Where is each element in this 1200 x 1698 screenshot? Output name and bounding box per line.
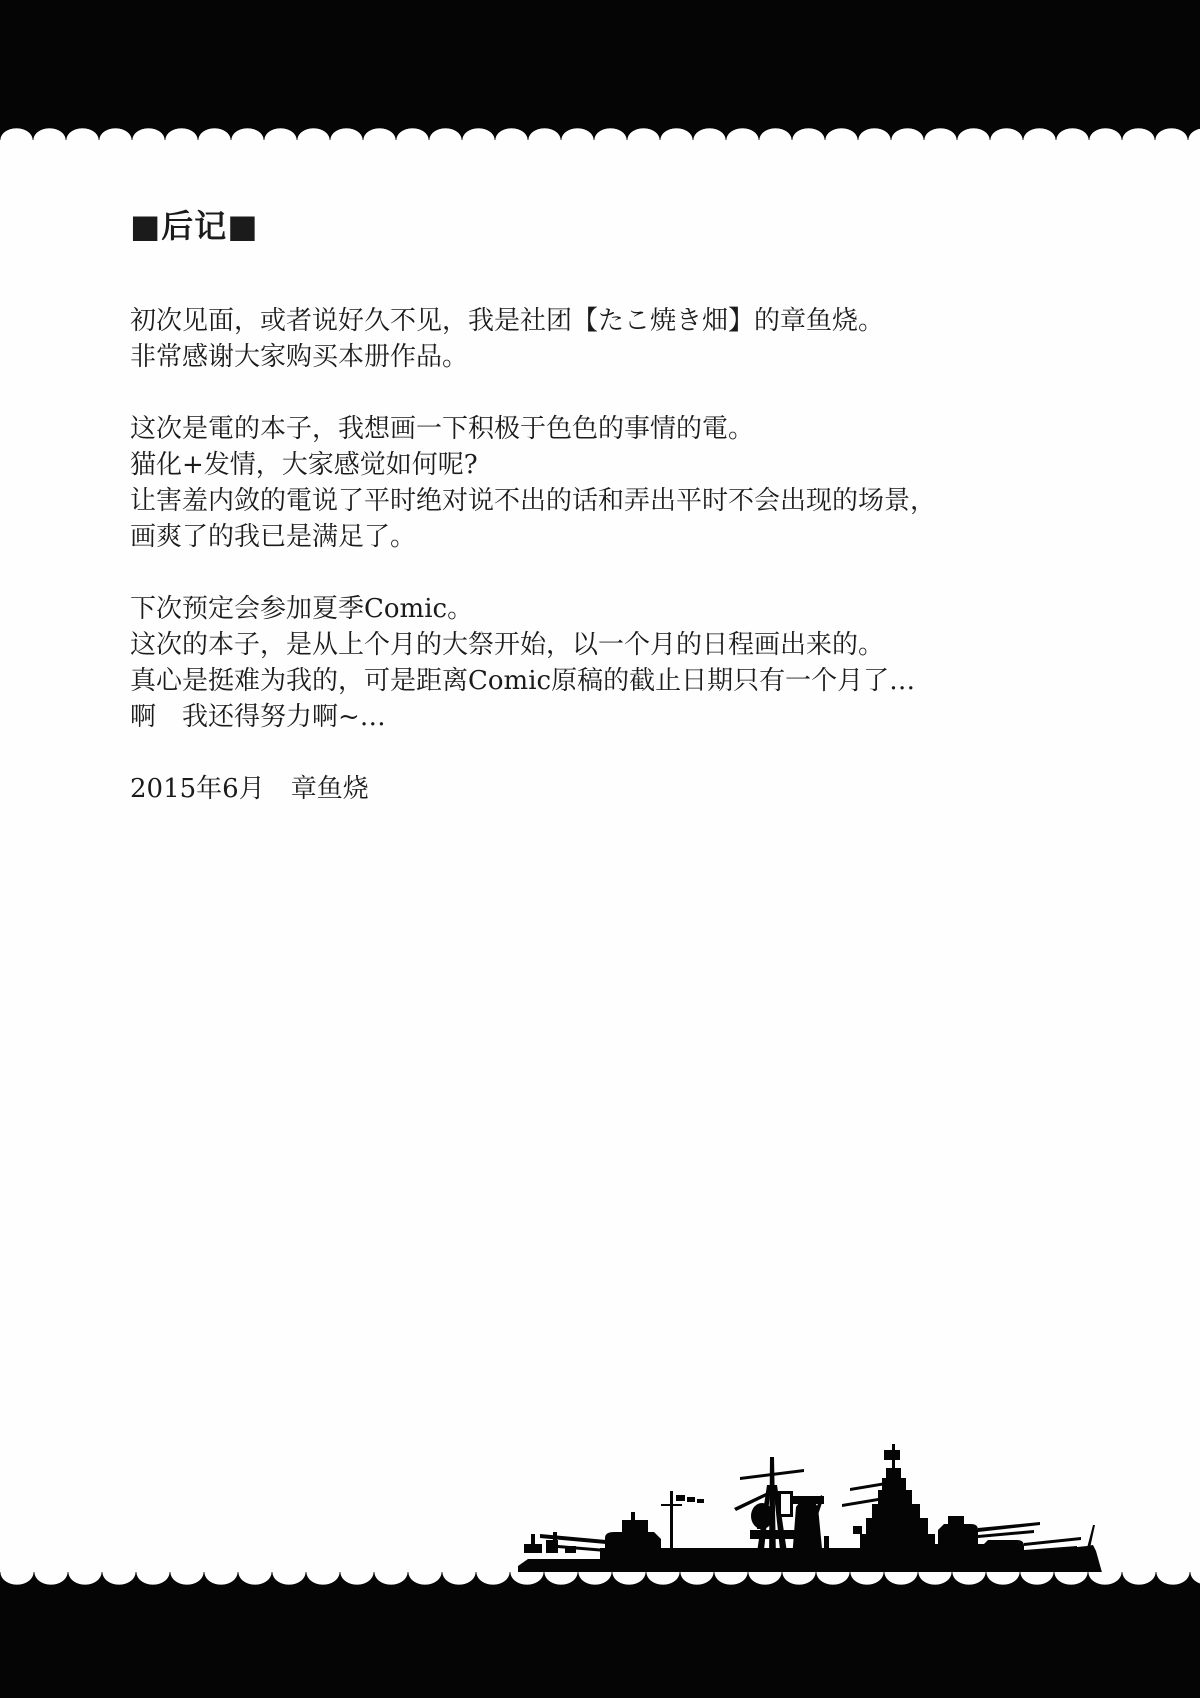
afterword-text: 初次见面，或者说好久不见，我是社团【たこ焼き畑】的章鱼烧。非常感谢大家购买本册作…	[130, 303, 1170, 735]
paragraph: 这次是電的本子，我想画一下积极于色色的事情的電。猫化+发情，大家感觉如何呢?让害…	[130, 411, 1170, 555]
text-line: 非常感谢大家购买本册作品。	[130, 339, 1170, 375]
afterword-page: ■后记■ 初次见面，或者说好久不见，我是社团【たこ焼き畑】的章鱼烧。非常感谢大家…	[0, 0, 1200, 1698]
text-line: 画爽了的我已是满足了。	[130, 519, 1170, 555]
text-line: 啊 我还得努力啊~…	[130, 699, 1170, 735]
battleship-silhouette-icon	[510, 1435, 1110, 1595]
text-line: 猫化+发情，大家感觉如何呢?	[130, 447, 1170, 483]
paragraph: 初次见面，或者说好久不见，我是社团【たこ焼き畑】的章鱼烧。非常感谢大家购买本册作…	[130, 303, 1170, 375]
text-line: 初次见面，或者说好久不见，我是社团【たこ焼き畑】的章鱼烧。	[130, 303, 1170, 339]
afterword-content: ■后记■ 初次见面，或者说好久不见，我是社团【たこ焼き畑】的章鱼烧。非常感谢大家…	[130, 0, 1170, 807]
afterword-heading: ■后记■	[130, 208, 1170, 244]
text-line: 真心是挺难为我的，可是距离Comic原稿的截止日期只有一个月了…	[130, 663, 1170, 699]
text-line: 这次的本子，是从上个月的大祭开始，以一个月的日程画出来的。	[130, 627, 1170, 663]
paragraph: 下次预定会参加夏季Comic。这次的本子，是从上个月的大祭开始，以一个月的日程画…	[130, 591, 1170, 735]
bottom-border-band	[0, 1585, 1200, 1698]
signature-line: 2015年6月 章鱼烧	[130, 771, 1170, 807]
wave-edge	[0, 1572, 1200, 1585]
text-line: 这次是電的本子，我想画一下积极于色色的事情的電。	[130, 411, 1170, 447]
text-line: 下次预定会参加夏季Comic。	[130, 591, 1170, 627]
text-line: 让害羞内敛的電说了平时绝对说不出的话和弄出平时不会出现的场景，	[130, 483, 1170, 519]
